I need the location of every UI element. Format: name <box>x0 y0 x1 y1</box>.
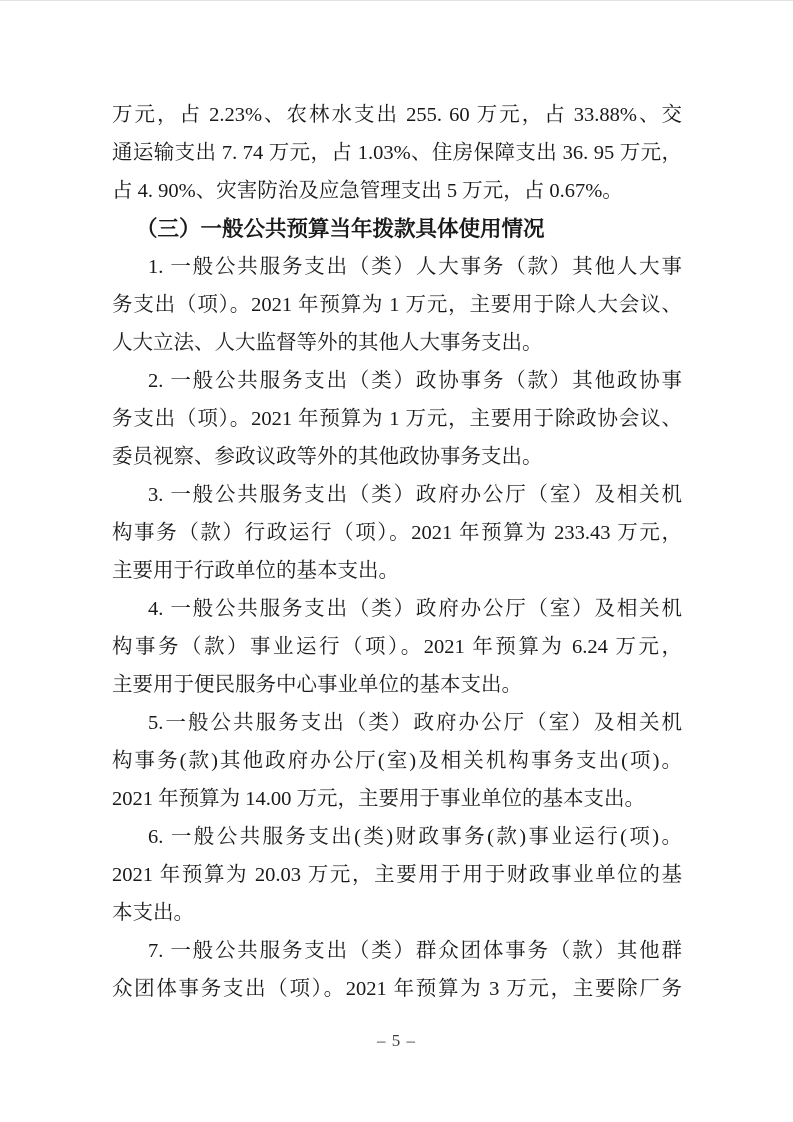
budget-item-5: 5.一般公共服务支出（类）政府办公厅（室）及相关机 构事务(款)其他政府办公厅(… <box>112 704 682 818</box>
text-line: 5.一般公共服务支出（类）政府办公厅（室）及相关机 <box>112 704 682 742</box>
budget-item-1: 1. 一般公共服务支出（类）人大事务（款）其他人大事 务支出（项）。2021 年… <box>112 248 682 362</box>
text-line: 2. 一般公共服务支出（类）政协事务（款）其他政协事 <box>112 362 682 400</box>
text-line: 务支出（项）。2021 年预算为 1 万元，主要用于除人大会议、 <box>112 286 682 324</box>
budget-item-7: 7. 一般公共服务支出（类）群众团体事务（款）其他群 众团体事务支出（项）。20… <box>112 932 682 1008</box>
paragraph-continuation: 万元，占 2.23%、农林水支出 255. 60 万元，占 33.88%、交 通… <box>112 96 682 210</box>
text-line: 构事务(款)其他政府办公厅(室)及相关机构事务支出(项)。 <box>112 742 682 780</box>
text-line: 3. 一般公共服务支出（类）政府办公厅（室）及相关机 <box>112 476 682 514</box>
text-line: 主要用于行政单位的基本支出。 <box>112 552 682 590</box>
budget-item-3: 3. 一般公共服务支出（类）政府办公厅（室）及相关机 构事务（款）行政运行（项）… <box>112 476 682 590</box>
text-line: 2021 年预算为 14.00 万元，主要用于事业单位的基本支出。 <box>112 780 682 818</box>
page-number: – 5 – <box>0 1030 793 1052</box>
text-line: 占 4. 90%、灾害防治及应急管理支出 5 万元，占 0.67%。 <box>112 172 682 210</box>
text-line: 众团体事务支出（项）。2021 年预算为 3 万元，主要除厂务 <box>112 970 682 1008</box>
section-heading: （三）一般公共预算当年拨款具体使用情况 <box>112 210 682 248</box>
text-line: 主要用于便民服务中心事业单位的基本支出。 <box>112 666 682 704</box>
text-line: 1. 一般公共服务支出（类）人大事务（款）其他人大事 <box>112 248 682 286</box>
text-line: 构事务（款）行政运行（项）。2021 年预算为 233.43 万元， <box>112 514 682 552</box>
text-line: 本支出。 <box>112 894 682 932</box>
text-line: 构事务（款）事业运行（项）。2021 年预算为 6.24 万元， <box>112 628 682 666</box>
budget-item-4: 4. 一般公共服务支出（类）政府办公厅（室）及相关机 构事务（款）事业运行（项）… <box>112 590 682 704</box>
text-line: 通运输支出 7. 74 万元，占 1.03%、住房保障支出 36. 95 万元， <box>112 134 682 172</box>
text-line: 4. 一般公共服务支出（类）政府办公厅（室）及相关机 <box>112 590 682 628</box>
text-line: 人大立法、人大监督等外的其他人大事务支出。 <box>112 324 682 362</box>
document-content: 万元，占 2.23%、农林水支出 255. 60 万元，占 33.88%、交 通… <box>112 96 682 1008</box>
text-line: 委员视察、参政议政等外的其他政协事务支出。 <box>112 438 682 476</box>
text-line: 2021 年预算为 20.03 万元，主要用于用于财政事业单位的基 <box>112 856 682 894</box>
budget-item-6: 6. 一般公共服务支出(类)财政事务(款)事业运行(项)。 2021 年预算为 … <box>112 818 682 932</box>
budget-item-2: 2. 一般公共服务支出（类）政协事务（款）其他政协事 务支出（项）。2021 年… <box>112 362 682 476</box>
text-line: 万元，占 2.23%、农林水支出 255. 60 万元，占 33.88%、交 <box>112 96 682 134</box>
text-line: 6. 一般公共服务支出(类)财政事务(款)事业运行(项)。 <box>112 818 682 856</box>
text-line: 务支出（项）。2021 年预算为 1 万元，主要用于除政协会议、 <box>112 400 682 438</box>
document-page: 万元，占 2.23%、农林水支出 255. 60 万元，占 33.88%、交 通… <box>0 0 793 1122</box>
text-line: 7. 一般公共服务支出（类）群众团体事务（款）其他群 <box>112 932 682 970</box>
